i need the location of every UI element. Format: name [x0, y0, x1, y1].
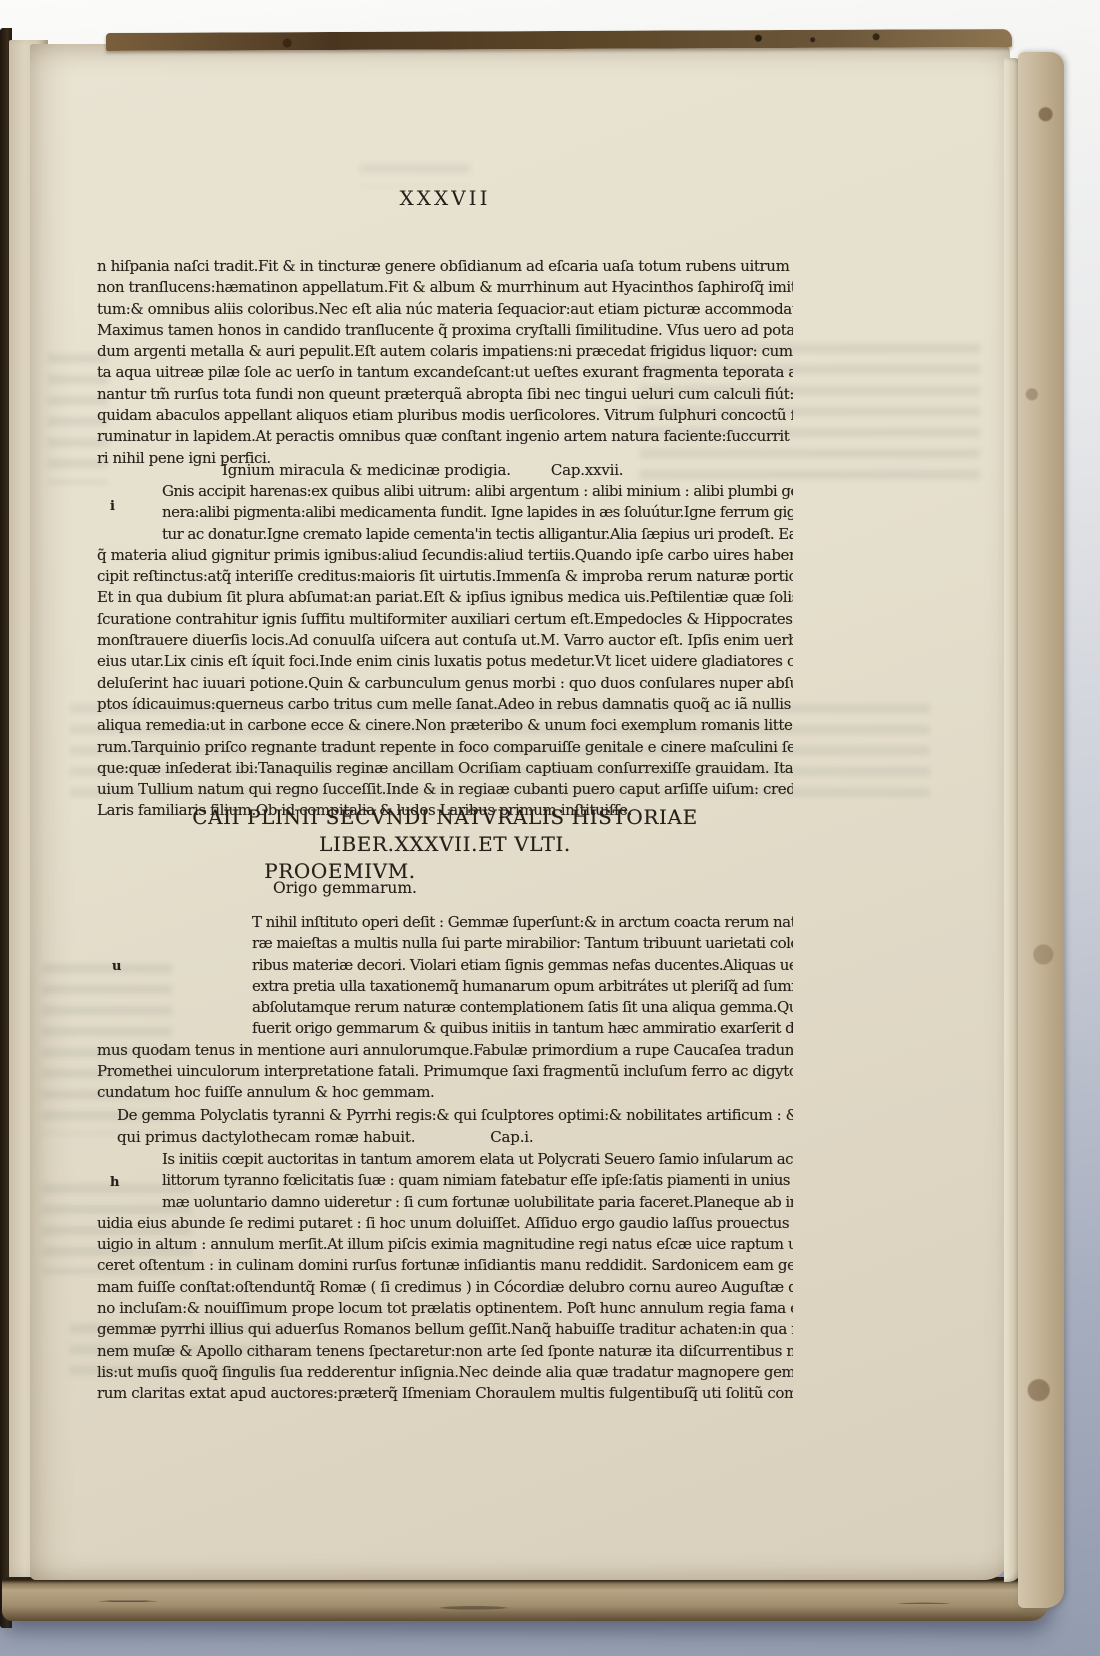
text-line: tum:& omnibus aliis coloribus.Nec eſt al… — [97, 299, 793, 320]
text-line: littorum tyranno fœlicitatis ſuæ : quam … — [97, 1170, 793, 1191]
text-line: Maximus tamen honos in candido tranſluce… — [97, 320, 793, 341]
book-title-heading: CAII PLINII SECVNDI NATVRALIS HISTORIAE … — [97, 804, 793, 858]
margin-guide-letter: i — [110, 499, 115, 514]
text-block: De gemma Polyclatis tyranni & Pyrrhi reg… — [97, 1105, 793, 1148]
text-line: que:quæ inſederat ibi:Tanaquilis reginæ … — [97, 758, 793, 779]
margin-guide-letter: u — [112, 959, 121, 974]
text-line: monſtrauere diuerſis locis.Ad conuulſa u… — [97, 630, 793, 651]
text-line: cipit reſtinctus:atq̃ interiſſe creditus… — [97, 566, 793, 587]
text-line: q̃ materia aliud gignitur primis ignibus… — [97, 545, 793, 566]
text-block: Gnis accipit harenas:ex quibus alibi uit… — [97, 481, 793, 822]
text-block: CAII PLINII SECVNDI NATVRALIS HISTORIAE … — [97, 804, 793, 885]
text-line: eius utar.Lix cinis eſt íquit foci.Inde … — [97, 651, 793, 672]
text-line: cundatum hoc fuiſſe annulum & hoc gemmam… — [97, 1082, 793, 1103]
chapter-heading: qui primus dactylothecam romæ habuit.Cap… — [97, 1127, 793, 1149]
text-line: ribus materiæ decori. Violari etiam ſign… — [97, 955, 793, 976]
text-line: tur ac donatur.Igne cremato lapide cemen… — [97, 524, 793, 545]
text-line: Gnis accipit harenas:ex quibus alibi uit… — [97, 481, 793, 502]
text-line: uigio in altum : annulum merſit.At illum… — [97, 1234, 793, 1255]
text-line: extra pretia ulla taxationemq̃ humanarum… — [97, 976, 793, 997]
text-line: fuerit origo gemmarum & quibus initiis i… — [97, 1018, 793, 1039]
margin-guide-letter: h — [110, 1175, 119, 1190]
text-line: lis:ut muſis quoq̃ ſingulis ſua redderen… — [97, 1362, 793, 1383]
chapter-number: Cap.xxvii. — [551, 460, 624, 481]
text-line: uium Tullium natum qui regno ſucceſſit.I… — [97, 779, 793, 800]
text-line: rum.Tarquinio priſco regnante tradunt re… — [97, 737, 793, 758]
text-line: ta aqua uitreæ pilæ ſole ac uerſo in tan… — [97, 362, 793, 383]
text-line: nera:alibi pigmenta:alibi medicamenta fu… — [97, 502, 793, 523]
text-line: Is initiis cœpit auctoritas in tantum am… — [97, 1149, 793, 1170]
text-block: Origo gemmarum. — [97, 879, 793, 897]
text-line: ſcuratione contrahitur ignis ſuffitu mul… — [97, 609, 793, 630]
text-line: gemmæ pyrrhi illius qui aduerſus Romanos… — [97, 1319, 793, 1340]
text-line: abſolutamque rerum naturæ contemplatione… — [97, 997, 793, 1018]
text-line: deluſerint hac iuuari potione.Quin & car… — [97, 673, 793, 694]
text-block: n hiſpania naſci tradit.Fit & in tinctur… — [97, 256, 793, 469]
text-line: Et in qua dubium ſit plura abſumat:an pa… — [97, 587, 793, 608]
chapter-heading: Ignium miracula & medicinæ prodigia.Cap.… — [97, 460, 793, 481]
text-line: dum argenti metalla & auri pepulit.Eſt a… — [97, 341, 793, 362]
text-line: aliqua remedia:ut in carbone ecce & cine… — [97, 715, 793, 736]
ink-bleedthrough — [360, 164, 470, 186]
text-line: uidia eius abunde ſe redimi putaret : ſi… — [97, 1213, 793, 1234]
section-heading: Origo gemmarum. — [97, 879, 593, 897]
chapter-heading: De gemma Polyclatis tyranni & Pyrrhi reg… — [97, 1105, 793, 1127]
text-block: Is initiis cœpit auctoritas in tantum am… — [97, 1149, 793, 1405]
book-page: XXXVII n hiſpania naſci tradit.Fit & in … — [30, 44, 1010, 1580]
text-line: mam fuiſſe conſtat:oſtenduntq̃ Romæ ( ſi… — [97, 1277, 793, 1298]
text-line: non tranſlucens:hæmatinon appellatum.Fit… — [97, 277, 793, 298]
text-line: quidam abaculos appellant aliquos etiam … — [97, 405, 793, 426]
chapter-number: Cap.i. — [490, 1127, 533, 1149]
text-line: ptos ídicauimus:querneus carbo tritus cu… — [97, 694, 793, 715]
text-line: no incluſam:& nouiſſimum prope locum tot… — [97, 1298, 793, 1319]
page-block-bottom-edge — [2, 1577, 1050, 1621]
text-line: mus quodam tenus in mentione auri annulo… — [97, 1040, 793, 1061]
chapter-heading-title: qui primus dactylothecam romæ habuit. — [117, 1127, 415, 1149]
page-fore-edge — [1018, 52, 1064, 1608]
text-line: n hiſpania naſci tradit.Fit & in tinctur… — [97, 256, 793, 277]
chapter-heading-title: Ignium miracula & medicinæ prodigia. — [222, 460, 511, 481]
text-block: Ignium miracula & medicinæ prodigia.Cap.… — [97, 460, 793, 481]
photo-backdrop: XXXVII n hiſpania naſci tradit.Fit & in … — [0, 0, 1100, 1656]
text-line: Promethei uinculorum interpretatione fat… — [97, 1061, 793, 1082]
text-column: XXXVII n hiſpania naſci tradit.Fit & in … — [97, 186, 793, 1446]
text-line: nem muſæ & Apollo citharam tenens ſpecta… — [97, 1341, 793, 1362]
text-block: T nihil inſtituto operi deſit : Gemmæ ſu… — [97, 912, 793, 1104]
text-line: T nihil inſtituto operi deſit : Gemmæ ſu… — [97, 912, 793, 933]
folio-number: XXXVII — [97, 186, 793, 210]
text-line: rum claritas extat apud auctores:præterq… — [97, 1383, 793, 1404]
text-line: nantur tm̃ rurſus tota fundi non queunt … — [97, 384, 793, 405]
text-line: ceret oſtentum : in culinam domini rurſu… — [97, 1255, 793, 1276]
text-line: ruminatur in lapidem.At peractis omnibus… — [97, 426, 793, 447]
text-line: ræ maieſtas a multis nulla ſui parte mir… — [97, 933, 793, 954]
text-line: mæ uoluntario damno uideretur : ſi cum f… — [97, 1192, 793, 1213]
